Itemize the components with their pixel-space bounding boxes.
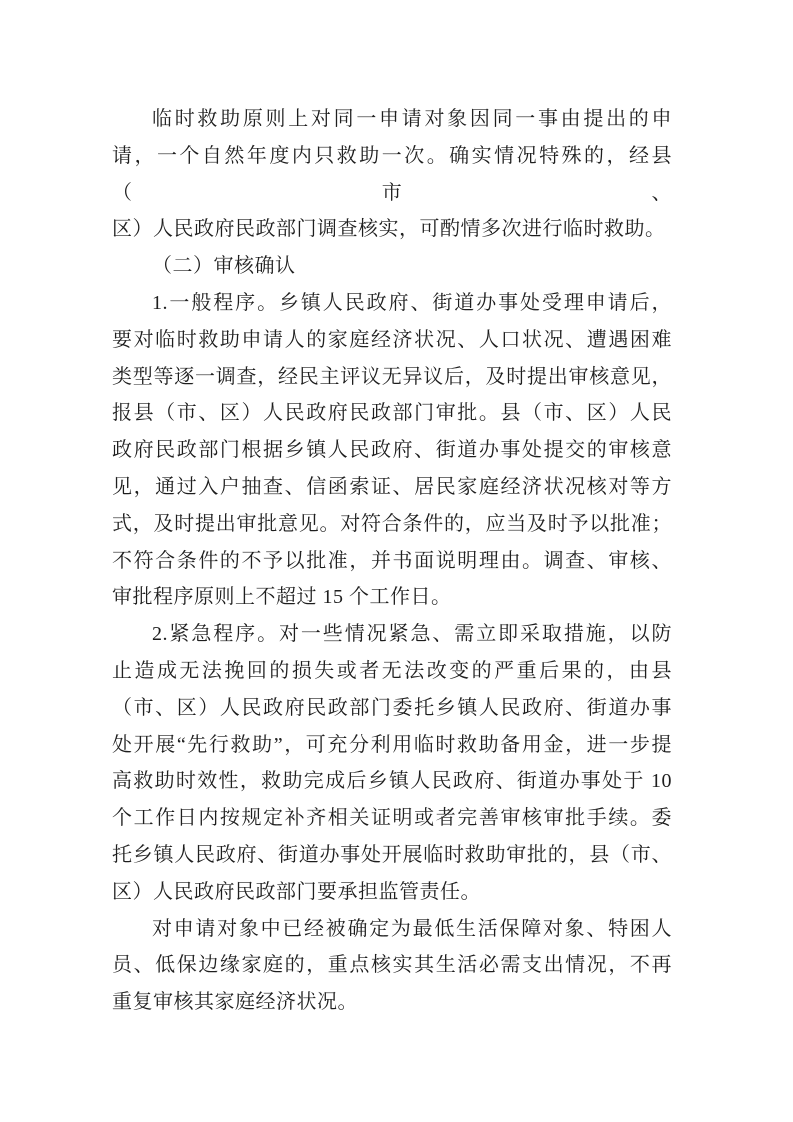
text-line: 请，一个自然年度内只救助一次。确实情况特殊的，经县（市、: [112, 138, 672, 212]
document-body: 临时救助原则上对同一申请对象因同一事由提出的申请，一个自然年度内只救助一次。确实…: [112, 101, 672, 1021]
text-line: 1.一般程序。乡镇人民政府、街道办事处受理申请后，: [112, 285, 672, 322]
text-line: 重复审核其家庭经济状况。: [112, 984, 672, 1021]
text-line: 区）人民政府民政部门要承担监管责任。: [112, 874, 672, 911]
text-line: 类型等逐一调查，经民主评议无异议后，及时提出审核意见，: [112, 359, 672, 396]
text-line: （二）审核确认: [112, 248, 672, 285]
text-line: 2.紧急程序。对一些情况紧急、需立即采取措施，以防: [112, 616, 672, 653]
paragraph-existing-beneficiaries: 对申请对象中已经被确定为最低生活保障对象、特困人员、低保边缘家庭的，重点核实其生…: [112, 911, 672, 1021]
text-line: 见，通过入户抽查、信函索证、居民家庭经济状况核对等方: [112, 469, 672, 506]
document-page: 临时救助原则上对同一申请对象因同一事由提出的申请，一个自然年度内只救助一次。确实…: [0, 0, 793, 1122]
text-line: 止造成无法挽回的损失或者无法改变的严重后果的，由县: [112, 653, 672, 690]
heading-review-confirmation: （二）审核确认: [112, 248, 672, 285]
text-line: 政府民政部门根据乡镇人民政府、街道办事处提交的审核意: [112, 432, 672, 469]
text-line: 对申请对象中已经被确定为最低生活保障对象、特困人: [112, 911, 672, 948]
text-line: 式，及时提出审批意见。对符合条件的，应当及时予以批准；: [112, 506, 672, 543]
text-line: 高救助时效性，救助完成后乡镇人民政府、街道办事处于 10: [112, 763, 672, 800]
text-line: 要对临时救助申请人的家庭经济状况、人口状况、遭遇困难: [112, 322, 672, 359]
text-line: 托乡镇人民政府、街道办事处开展临时救助审批的，县（市、: [112, 837, 672, 874]
text-line: 临时救助原则上对同一申请对象因同一事由提出的申: [112, 101, 672, 138]
text-line: （市、区）人民政府民政部门委托乡镇人民政府、街道办事: [112, 690, 672, 727]
text-line: 审批程序原则上不超过 15 个工作日。: [112, 579, 672, 616]
paragraph-emergency-procedure: 2.紧急程序。对一些情况紧急、需立即采取措施，以防止造成无法挽回的损失或者无法改…: [112, 616, 672, 910]
text-line: 报县（市、区）人民政府民政部门审批。县（市、区）人民: [112, 395, 672, 432]
text-line: 区）人民政府民政部门调查核实，可酌情多次进行临时救助。: [112, 211, 672, 248]
paragraph-annual-limit-rule: 临时救助原则上对同一申请对象因同一事由提出的申请，一个自然年度内只救助一次。确实…: [112, 101, 672, 248]
text-line: 员、低保边缘家庭的，重点核实其生活必需支出情况，不再: [112, 947, 672, 984]
text-line: 不符合条件的不予以批准，并书面说明理由。调查、审核、: [112, 543, 672, 580]
paragraph-general-procedure: 1.一般程序。乡镇人民政府、街道办事处受理申请后，要对临时救助申请人的家庭经济状…: [112, 285, 672, 616]
text-line: 处开展“先行救助”，可充分利用临时救助备用金，进一步提: [112, 727, 672, 764]
text-line: 个工作日内按规定补齐相关证明或者完善审核审批手续。委: [112, 800, 672, 837]
